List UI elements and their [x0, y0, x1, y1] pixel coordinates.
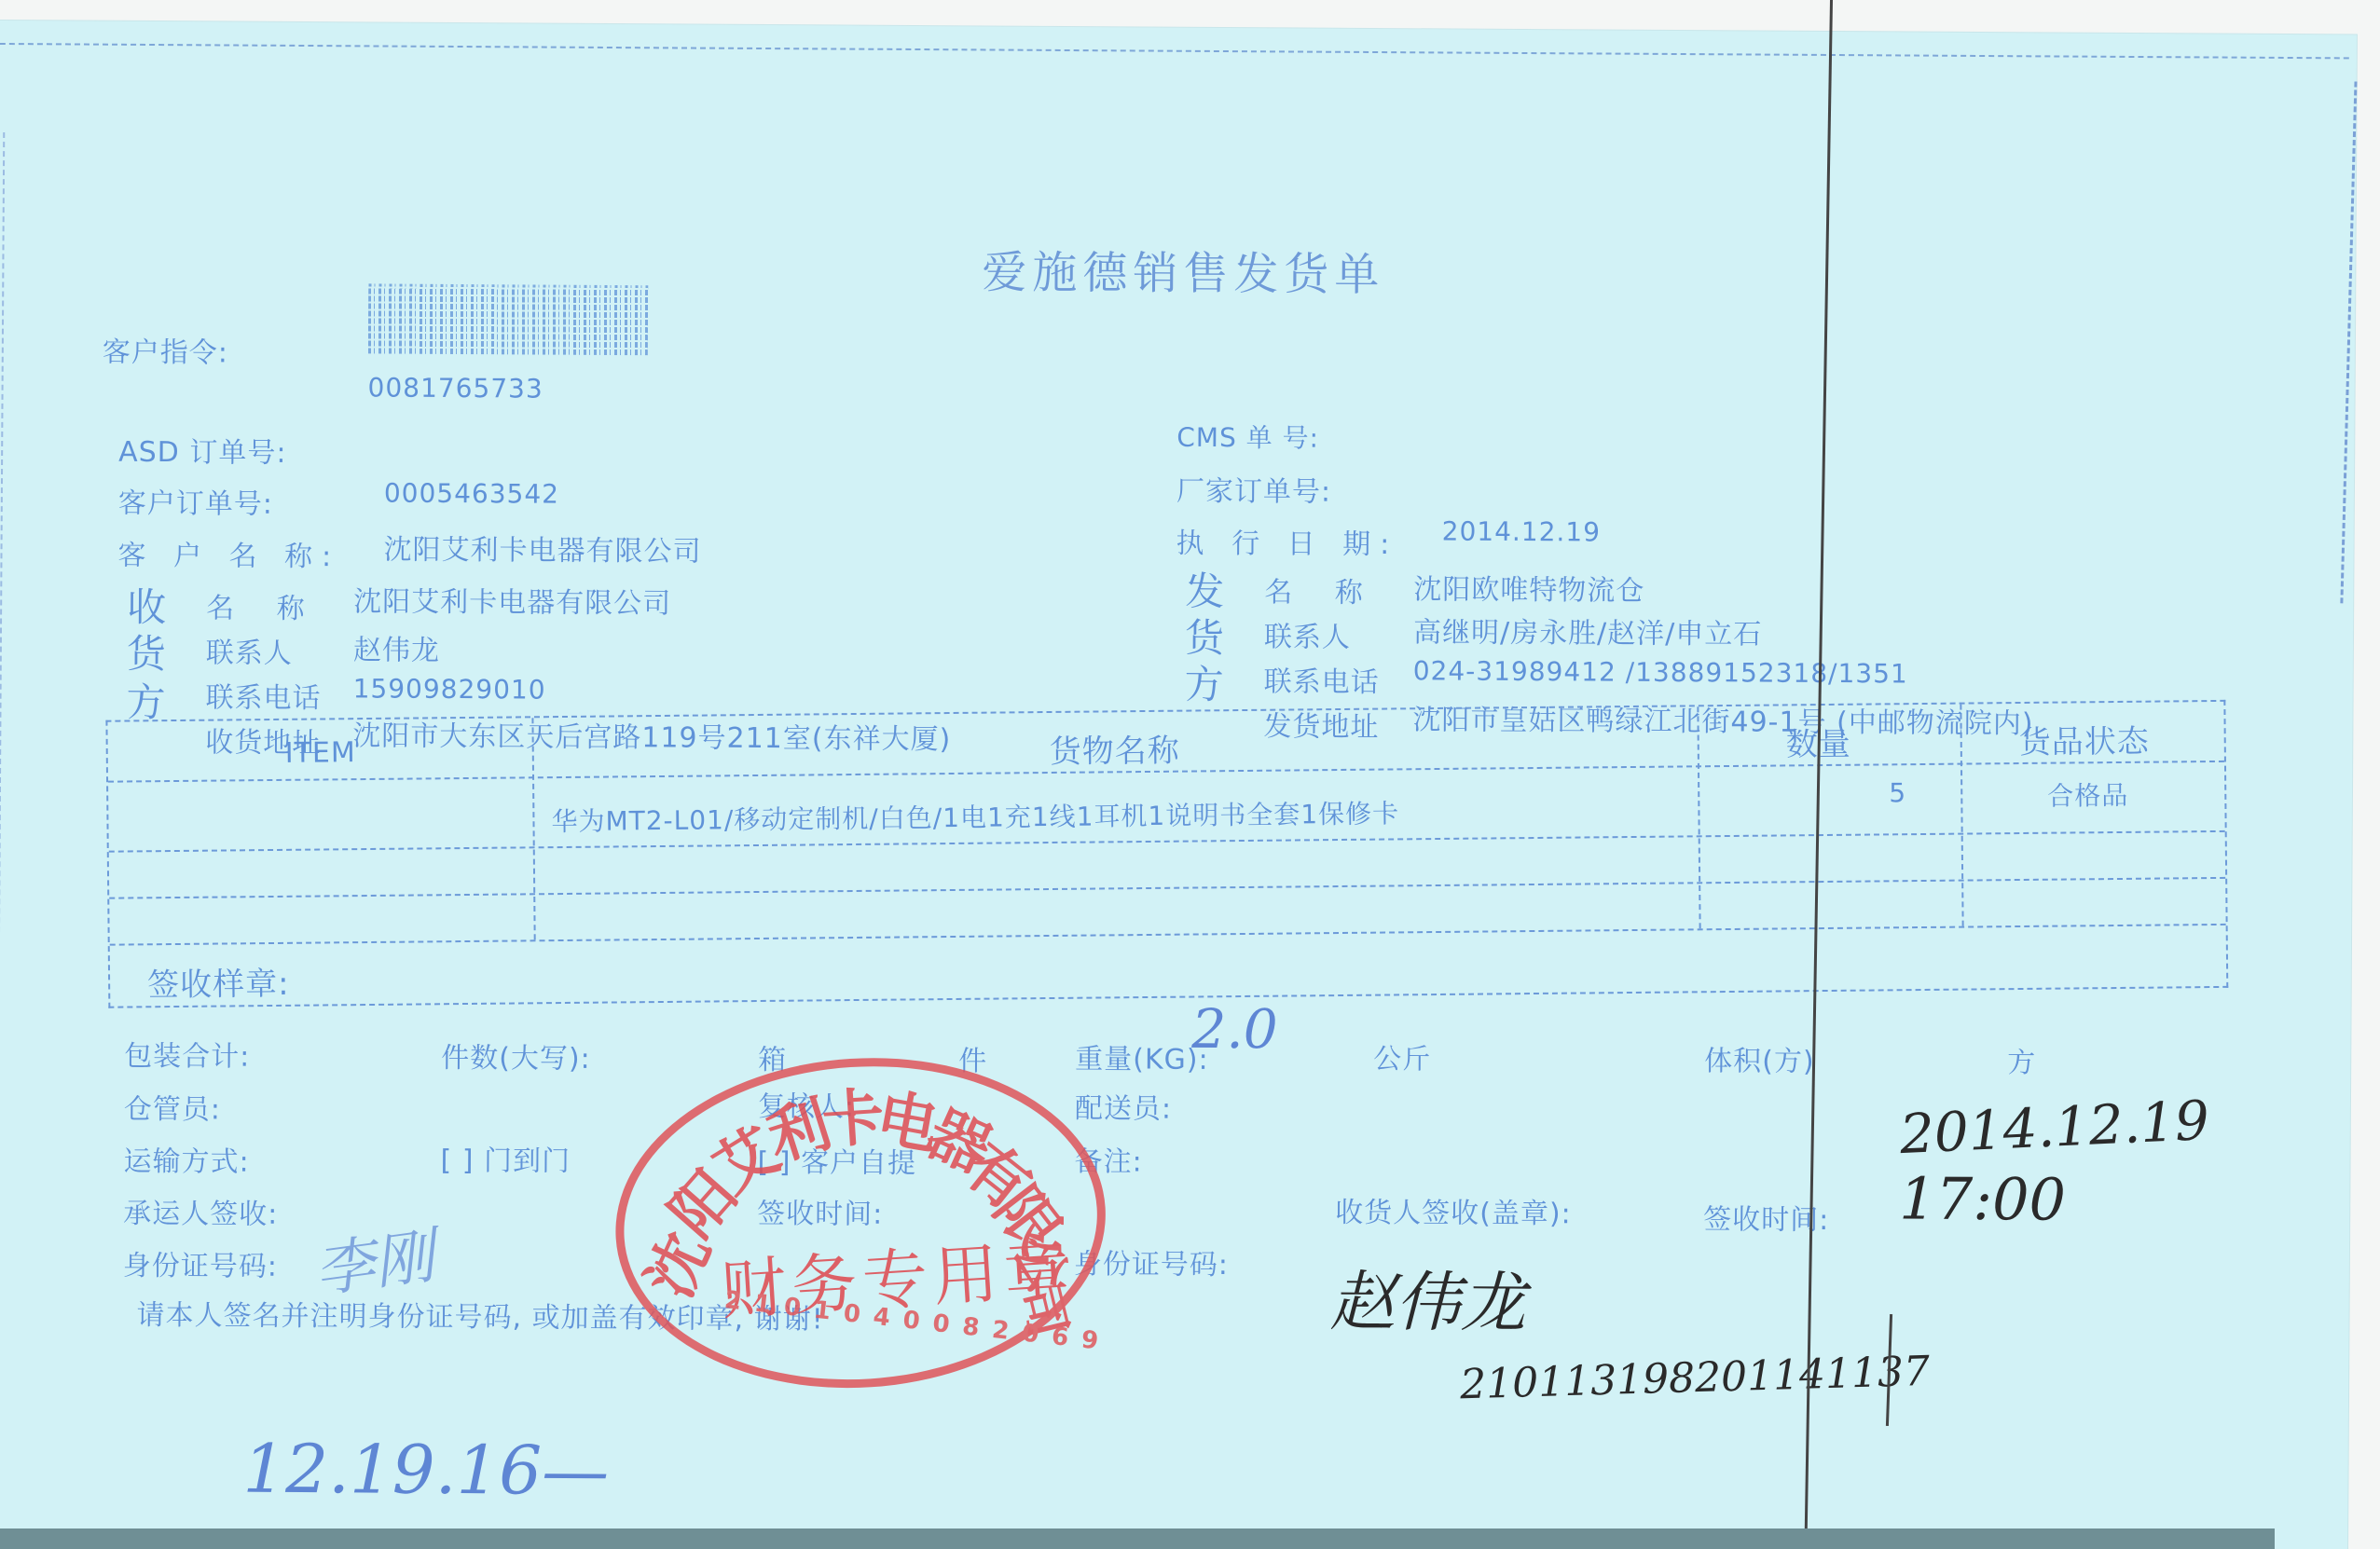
column-header-goods-name: 货物名称 [1050, 725, 1180, 772]
warehouse-keeper-label: 仓管员: [124, 1086, 221, 1128]
row-status-cell: 合格品 [2047, 775, 2128, 814]
goods-table: ITEM 货物名称 数量 货品状态 华为MT2-L01/移动定制机/白色/1电1… [105, 700, 2228, 1008]
shipper-contact-value: 高继明/房永胜/赵洋/申立石 [1413, 609, 1763, 651]
receiver-name-label: 名 称 [206, 584, 322, 626]
customer-order-label: 客户订单号: [118, 480, 273, 522]
handwritten-weight: 2.0 [1191, 997, 1278, 1062]
weight-label: 重量(KG): [1075, 1035, 1209, 1077]
shipper-side-char-3: 方 [1185, 654, 1225, 710]
factory-order-label: 厂家订单号: [1176, 468, 1331, 510]
sign-stamp-label: 签收样章: [147, 958, 290, 1005]
row-quantity-cell: 5 [1889, 777, 1906, 808]
column-header-item: ITEM [285, 736, 356, 770]
id-number-label-left: 身份证号码: [123, 1242, 278, 1284]
handwritten-receive-date: 2014.12.19 [1898, 1089, 2210, 1166]
receiver-phone-label: 联系电话 [205, 674, 321, 716]
receiver-signature: 赵伟龙 [1329, 1250, 1526, 1345]
weight-unit: 公斤 [1373, 1035, 1431, 1076]
door-to-door-checkbox[interactable]: [ ] 门到门 [440, 1137, 571, 1179]
asd-order-label: ASD 订单号: [118, 429, 287, 471]
carrier-sign-label: 承运人签收: [123, 1190, 278, 1232]
customer-name-value: 沈阳艾利卡电器有限公司 [383, 527, 701, 569]
receiver-phone-value: 15909829010 [353, 673, 546, 705]
shipper-phone-value: 024-31989412 /13889152318/1351 [1413, 655, 1908, 689]
transport-label: 运输方式: [123, 1138, 249, 1180]
document-title: 爱施德销售发货单 [982, 236, 1384, 303]
receiver-contact-label: 联系人 [206, 629, 293, 671]
barcode-icon [368, 283, 648, 355]
perforation-left [0, 132, 5, 1437]
customer-name-label: 客 户 名 称: [117, 532, 340, 574]
handwritten-receive-time: 17:00 [1899, 1164, 2066, 1233]
exec-date-value: 2014.12.19 [1442, 515, 1602, 547]
receiver-id-number-handwritten: 210113198201141137 [1460, 1348, 1931, 1408]
shipper-phone-label: 联系电话 [1264, 658, 1380, 700]
package-total-label: 包装合计: [124, 1033, 250, 1075]
receiver-contact-value: 赵伟龙 [353, 626, 440, 668]
exec-date-label: 执 行 日 期: [1176, 520, 1398, 562]
customer-order-value: 0005463542 [384, 478, 559, 510]
shipper-name-value: 沈阳欧唯特物流仓 [1413, 566, 1644, 609]
scanner-edge [0, 1528, 2275, 1549]
perforation-top [0, 43, 2349, 59]
delivery-note-paper: 爱施德销售发货单 客户指令: 0081765733 ASD 订单号: 客户订单号… [0, 21, 2357, 1549]
perforation-right [2340, 81, 2357, 603]
handwritten-carrier-date: 12.19.16— [242, 1430, 609, 1510]
cms-label: CMS 单 号: [1176, 418, 1319, 456]
receiver-sign-label: 收货人签收(盖章): [1335, 1189, 1572, 1232]
receiver-name-value: 沈阳艾利卡电器有限公司 [353, 578, 671, 621]
row-goods-name-cell: 华为MT2-L01/移动定制机/白色/1电1充1线1耳机1说明书全套1保修卡 [551, 793, 1399, 839]
table-row: 华为MT2-L01/移动定制机/白色/1电1充1线1耳机1说明书全套1保修卡 5… [107, 702, 2223, 722]
customer-instruction-label: 客户指令: [103, 329, 228, 371]
shipper-name-label: 名 称 [1264, 569, 1380, 610]
carrier-signature-scribble: 李刚 [309, 1208, 438, 1309]
shipper-contact-label: 联系人 [1264, 613, 1351, 655]
volume-label: 体积(方) [1704, 1037, 1815, 1079]
column-header-status: 货品状态 [2018, 716, 2149, 762]
delivery-person-label: 配送员: [1075, 1085, 1172, 1127]
volume-unit: 方 [2007, 1039, 2036, 1080]
customer-instruction-value: 0081765733 [368, 372, 543, 404]
pieces-label: 件数(大写): [441, 1035, 591, 1076]
company-finance-stamp: 沈 阳 艾 利 卡 电 器 有 限 公 司 财务专用章 210104008206… [605, 1043, 1115, 1403]
